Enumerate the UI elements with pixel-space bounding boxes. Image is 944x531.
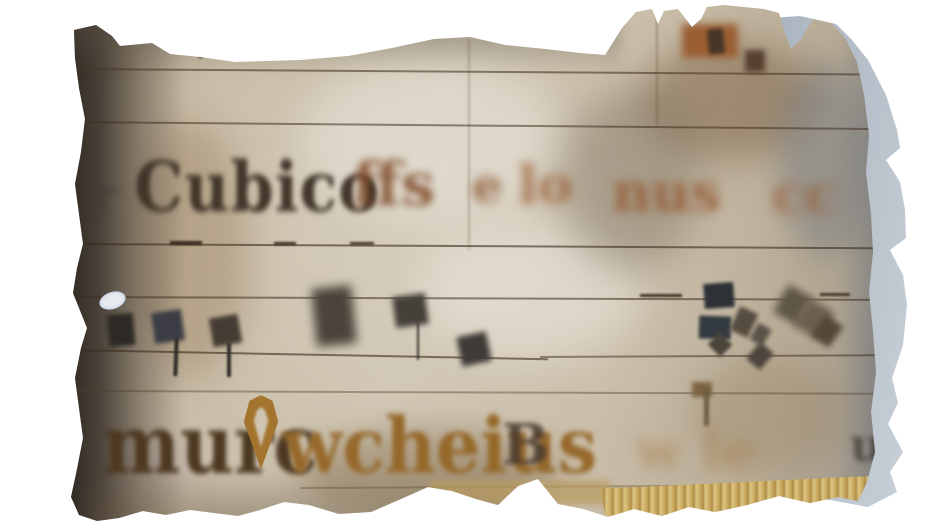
blackletter-word: e (472, 158, 503, 214)
crease (468, 40, 470, 250)
staff-line (540, 354, 876, 358)
blackletter-word: cc (772, 162, 838, 226)
manuscript-photo: r Cubico ffs e lo nus cc murc wcheius B … (0, 0, 944, 531)
neume-note (456, 331, 492, 367)
neume-stem (417, 322, 419, 360)
blackletter-word: lo (518, 155, 572, 216)
blackletter-word: nus (612, 160, 721, 224)
ink-dash (820, 293, 850, 296)
ink-dash (640, 294, 682, 297)
neume-note (151, 309, 185, 344)
crease (656, 10, 658, 125)
neume-note (392, 293, 429, 328)
parchment-fragment: r Cubico ffs e lo nus cc murc wcheius B … (0, 0, 944, 531)
ink-tick (198, 43, 203, 58)
blackletter-word: B (502, 412, 549, 478)
leaf-ornament-hole (253, 407, 269, 447)
neume-note (209, 314, 243, 348)
blackletter-word: Cubico (134, 146, 380, 228)
blackletter-word: w le (636, 418, 756, 482)
blackletter-word: ffs (352, 150, 435, 220)
blackletter-word: r (90, 166, 116, 225)
neume-stem (227, 343, 231, 377)
blackletter-word: wcheius (282, 400, 597, 491)
gold-band (430, 480, 610, 505)
top-edge-shading (60, 18, 620, 73)
neume-note (107, 313, 136, 347)
frayed-fringe (600, 476, 872, 516)
neume-note (692, 382, 712, 397)
neume-note (703, 282, 735, 309)
ink-dash (274, 242, 296, 245)
ink-dash (350, 242, 374, 245)
ink-mark (707, 28, 726, 55)
ink-dash (170, 241, 202, 245)
ink-mark (745, 50, 765, 72)
neume-note (311, 285, 357, 347)
